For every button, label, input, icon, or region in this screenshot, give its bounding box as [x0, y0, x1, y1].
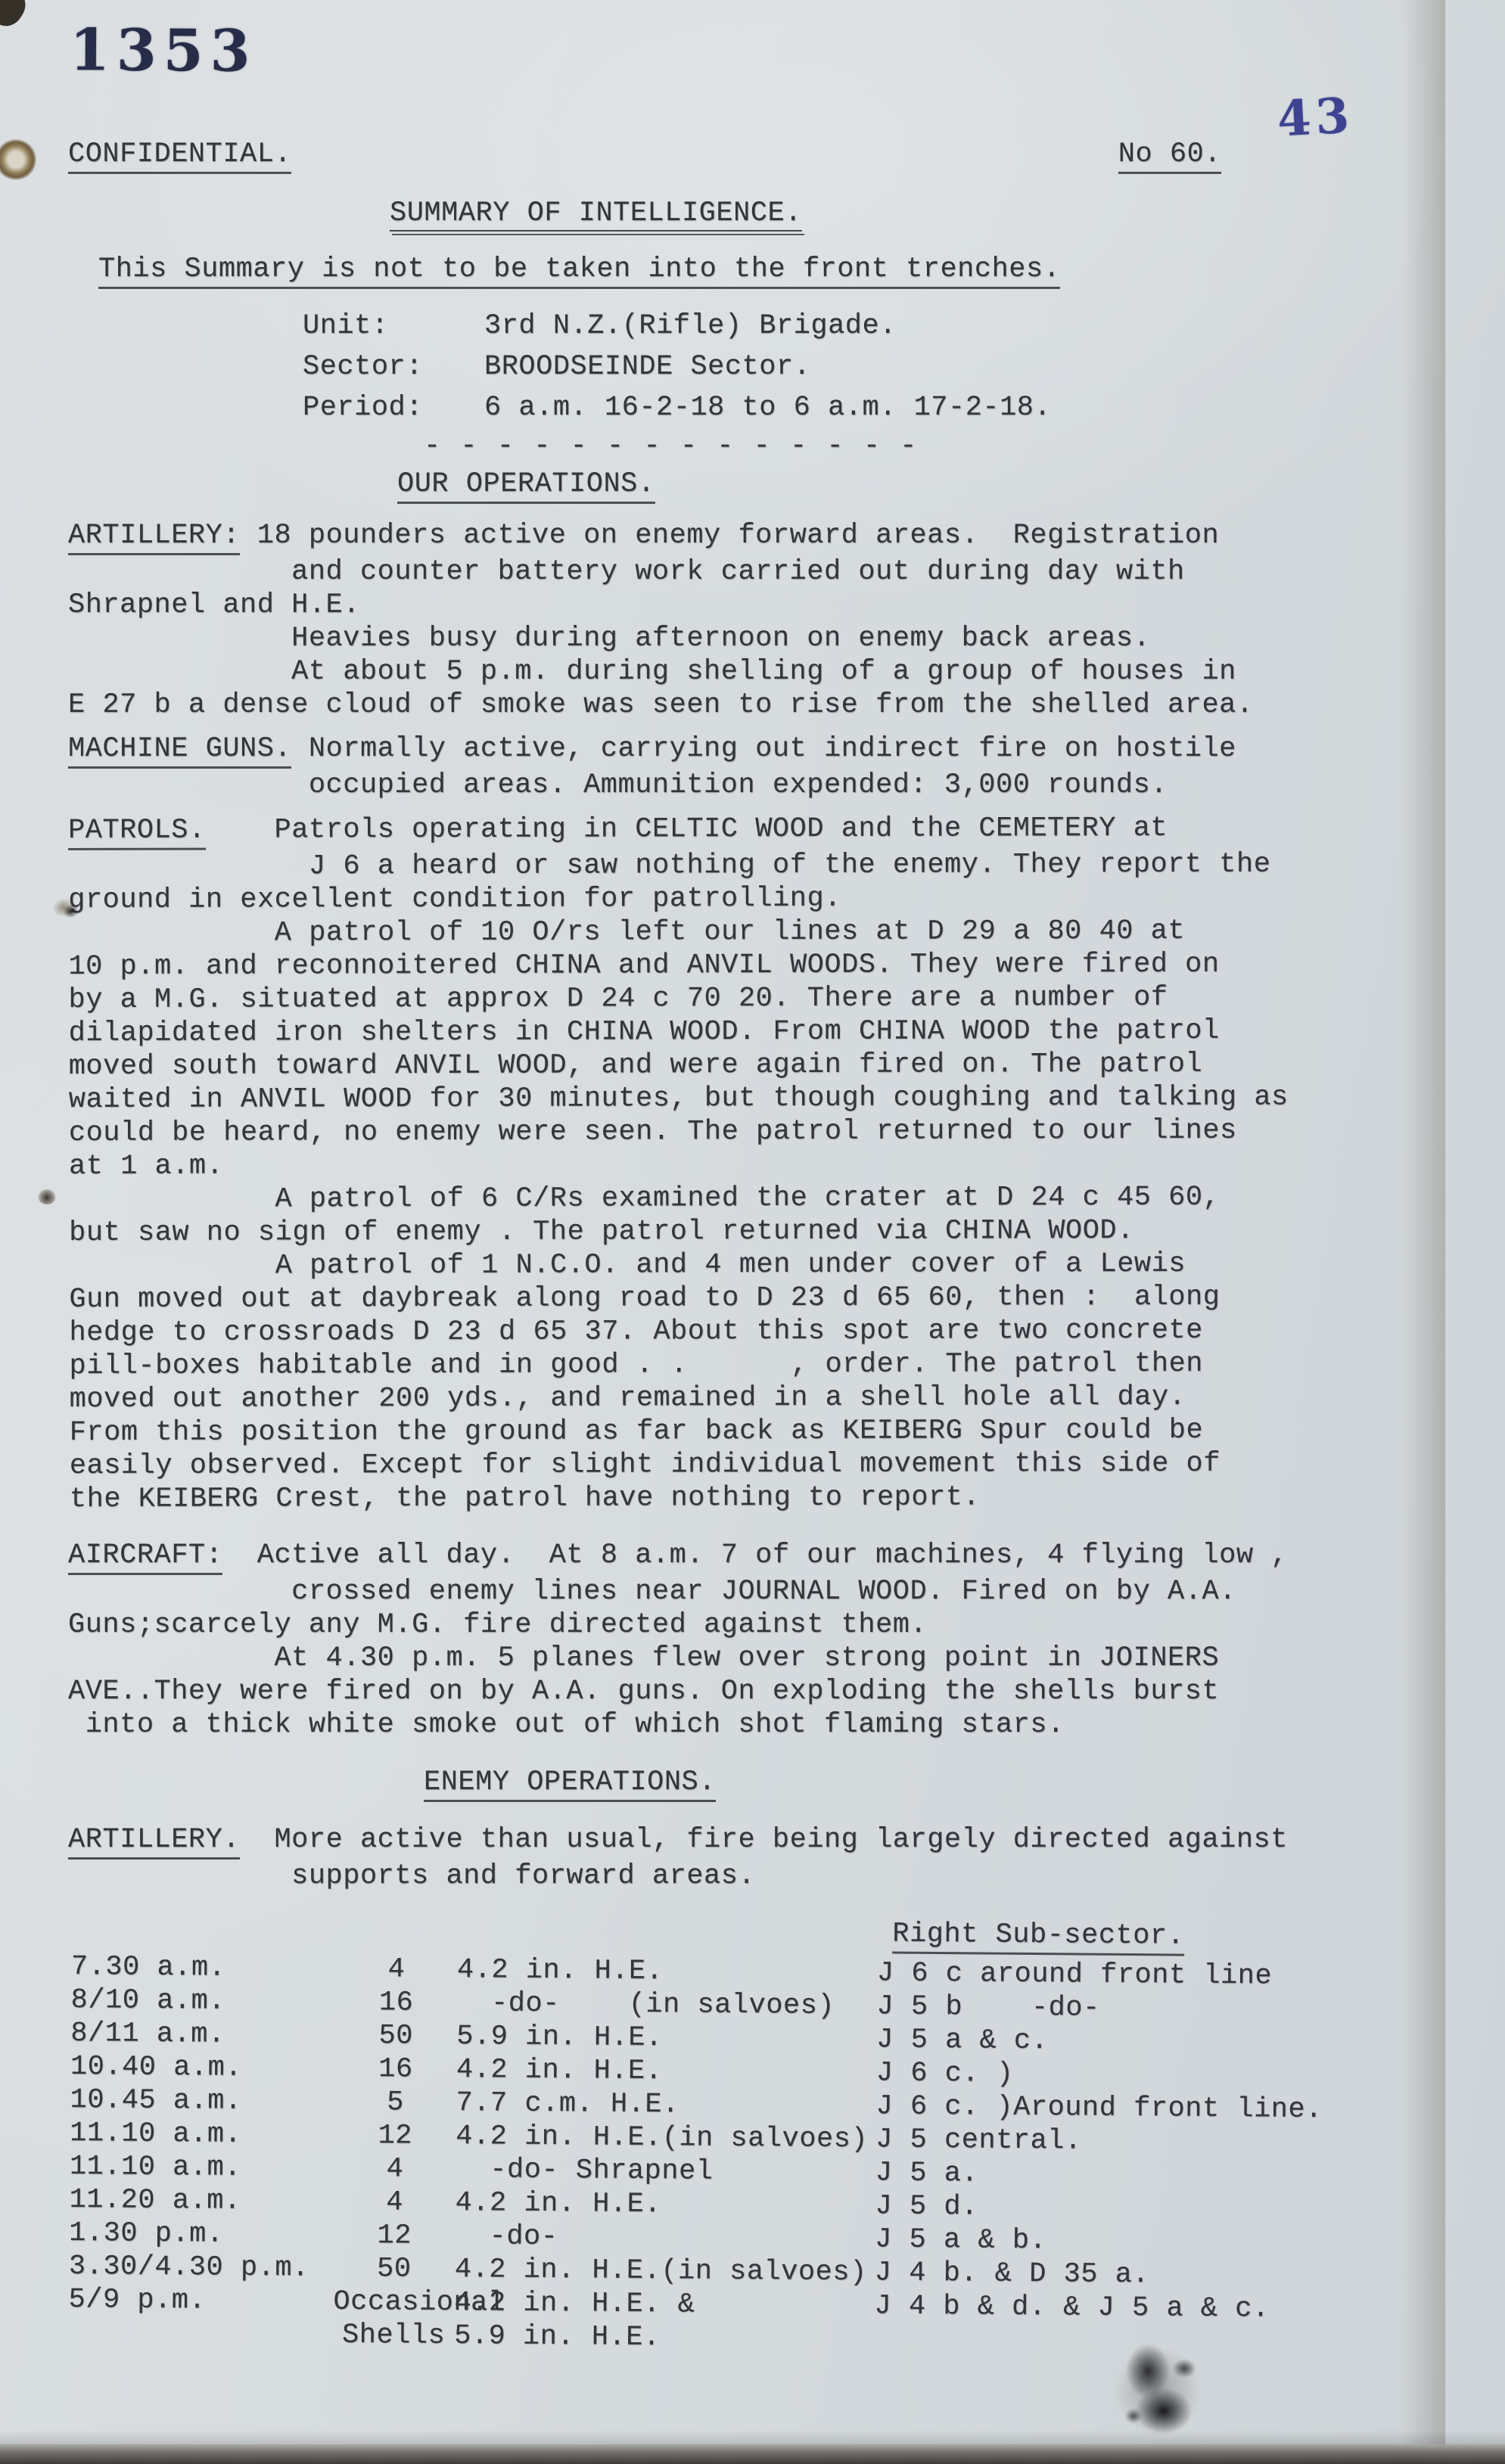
cell-time: 11.10 a.m.: [70, 2117, 334, 2152]
cell-shell-type: 5.9 in. H.E.: [456, 2020, 876, 2056]
cell-shell-type: 4.2 in. H.E.: [456, 2053, 876, 2090]
cell-shell-type: 4.2 in. H.E.(in salvoes): [455, 2253, 875, 2289]
enemy-artillery-section: ARTILLERY. More active than usual, fire …: [68, 1823, 1475, 1893]
unit-value: 3rd N.Z.(Rifle) Brigade.: [484, 310, 897, 342]
page-bottom-shadow: [0, 2430, 1505, 2445]
cell-rounds: 12: [334, 2119, 456, 2153]
cell-rounds: 4: [334, 2186, 455, 2220]
artillery-first-line: 18 pounders active on enemy forward area…: [240, 520, 1219, 552]
cell-time: 11.10 a.m.: [70, 2150, 334, 2186]
document-body: CONFIDENTIAL. No 60. SUMMARY OF INTELLIG…: [0, 0, 1505, 2350]
cell-time: 8/10 a.m.: [70, 1984, 335, 2019]
our-operations-heading: OUR OPERATIONS.: [397, 468, 655, 504]
sector-value: BROODSEINDE Sector.: [484, 351, 810, 383]
patrols-text: J 6 a heard or saw nothing of the enemy.…: [68, 847, 1476, 1516]
cell-rounds: 4: [336, 1953, 457, 1987]
cell-shell-type: -do- (in salvoes): [456, 1987, 876, 2023]
classification-label: CONFIDENTIAL.: [68, 138, 291, 174]
enemy-artillery-text: supports and forward areas.: [68, 1860, 1475, 1893]
unit-line: Unit:3rd N.Z.(Rifle) Brigade.: [303, 306, 1475, 346]
document-title: SUMMARY OF INTELLIGENCE.: [390, 197, 802, 231]
cell-target-area: J 6 c. ): [876, 2056, 1477, 2094]
classification-row: CONFIDENTIAL. No 60.: [68, 138, 1475, 174]
paper-page: 1353 43 CONFIDENTIAL. No 60. SUMMARY OF …: [0, 0, 1505, 2464]
period-value: 6 a.m. 16-2-18 to 6 a.m. 17-2-18.: [484, 392, 1051, 424]
patrols-section: PATROLS. Patrols operating in CELTIC WOO…: [68, 811, 1476, 1516]
cell-rounds: Occasional: [333, 2285, 454, 2320]
machine-guns-section: MACHINE GUNS. Normally active, carrying …: [68, 732, 1475, 802]
sector-label: Sector:: [303, 346, 484, 387]
scanned-document-photo: { "ink": { "text": "#34353b", "stamp_nav…: [0, 0, 1505, 2464]
sector-heading-row: Right Sub-sector.: [892, 1918, 1478, 1959]
aircraft-section: AIRCRAFT: Active all day. At 8 a.m. 7 of…: [68, 1539, 1475, 1742]
period-line: Period:6 a.m. 16-2-18 to 6 a.m. 17-2-18.: [303, 387, 1475, 428]
cell-shell-type: 7.7 c.m. H.E.: [456, 2086, 875, 2123]
cell-target-area: J 5 d.: [875, 2189, 1475, 2227]
cell-target-area: J 5 a & b.: [875, 2223, 1475, 2260]
cell-target-area: J 4 b & d. & J 5 a & c.: [874, 2289, 1475, 2327]
shelling-table-rows: 7.30 a.m. 4 4.2 in. H.E. J 6 c around fr…: [68, 1950, 1478, 2361]
sector-heading: Right Sub-sector.: [892, 1918, 1184, 1956]
cell-time: 11.20 a.m.: [69, 2183, 334, 2219]
cell-shell-type: 4.2 in. H.E. &: [454, 2286, 874, 2323]
cell-rounds: 12: [334, 2219, 455, 2253]
cell-time: 3.30/4.30 p.m.: [69, 2250, 334, 2285]
warning-text: This Summary is not to be taken into the…: [98, 253, 1060, 289]
aircraft-label: AIRCRAFT:: [68, 1539, 222, 1575]
cell-shell-type: 4.2 in. H.E.(in salvoes): [456, 2120, 875, 2156]
enemy-operations-heading: ENEMY OPERATIONS.: [424, 1766, 716, 1802]
cell-rounds: 16: [335, 1986, 456, 2020]
cell-rounds: 50: [334, 2252, 455, 2286]
cell-target-area: J 5 b -do-: [876, 1990, 1477, 2027]
machine-guns-label: MACHINE GUNS.: [68, 732, 291, 769]
shelling-table: Right Sub-sector. 7.30 a.m. 4 4.2 in. H.…: [68, 1911, 1478, 2361]
cell-target-area: J 6 c around front line: [877, 1956, 1478, 1994]
aircraft-first-line: Active all day. At 8 a.m. 7 of our machi…: [222, 1540, 1288, 1571]
cell-time: 10.45 a.m.: [70, 2083, 334, 2119]
dashed-separator: - - - - - - - - - - - - - -: [424, 430, 1475, 463]
artillery-section: ARTILLERY: 18 pounders active on enemy f…: [68, 519, 1475, 722]
cell-shell-type: 4.2 in. H.E.: [455, 2186, 875, 2223]
enemy-operations-heading-row: ENEMY OPERATIONS.: [424, 1766, 1475, 1802]
unit-details: Unit:3rd N.Z.(Rifle) Brigade. Sector:BRO…: [303, 306, 1475, 428]
cell-time: 10.40 a.m.: [70, 2050, 335, 2086]
cell-time: 1.30 p.m.: [69, 2217, 334, 2252]
period-label: Period:: [303, 387, 484, 428]
title-row: SUMMARY OF INTELLIGENCE.: [390, 197, 1475, 231]
cell-target-area: J 5 a & c.: [876, 2023, 1477, 2061]
cell-time: 5/9 p.m.: [68, 2283, 333, 2319]
sector-line: Sector:BROODSEINDE Sector.: [303, 346, 1475, 387]
cell-time: 7.30 a.m.: [71, 1950, 336, 1986]
cell-rounds: 16: [335, 2052, 456, 2086]
cell-target-area: J 5 a.: [875, 2156, 1476, 2194]
cell-shell-type: -do- Shrapnel: [456, 2153, 875, 2189]
scan-bottom-edge: [0, 2444, 1505, 2464]
enemy-artillery-first-line: More active than usual, fire being large…: [240, 1824, 1288, 1856]
artillery-label: ARTILLERY:: [68, 519, 240, 555]
artillery-text: and counter battery work carried out dur…: [68, 555, 1475, 722]
cell-shell-type: 4.2 in. H.E.: [457, 1953, 877, 1990]
enemy-artillery-label: ARTILLERY.: [68, 1823, 240, 1860]
cell-shell-type: 5.9 in. H.E.: [454, 2320, 874, 2356]
cell-rounds: 5: [334, 2086, 456, 2120]
aircraft-text: crossed enemy lines near JOURNAL WOOD. F…: [68, 1575, 1475, 1742]
patrols-label: PATROLS.: [68, 814, 206, 850]
cell-target-area: J 6 c. )Around front line.: [875, 2090, 1476, 2127]
cell-time: 8/11 a.m.: [70, 2017, 335, 2052]
patrols-first-line: Patrols operating in CELTIC WOOD and the…: [206, 813, 1168, 847]
cell-target-area: J 4 b. & D 35 a.: [875, 2256, 1475, 2294]
cell-rounds: 50: [335, 2019, 456, 2053]
summary-number: No 60.: [1118, 138, 1221, 174]
our-operations-heading-row: OUR OPERATIONS.: [397, 468, 1475, 504]
cell-rounds: 4: [334, 2152, 456, 2186]
small-ink-dot-left-margin: [38, 1189, 56, 1204]
cell-time: [68, 2316, 333, 2352]
unit-label: Unit:: [303, 306, 484, 346]
cell-shell-type: -do-: [455, 2220, 875, 2256]
cell-rounds: Shells: [333, 2319, 454, 2353]
warning-row: This Summary is not to be taken into the…: [98, 253, 1475, 289]
cell-target-area: J 5 central.: [875, 2123, 1476, 2161]
